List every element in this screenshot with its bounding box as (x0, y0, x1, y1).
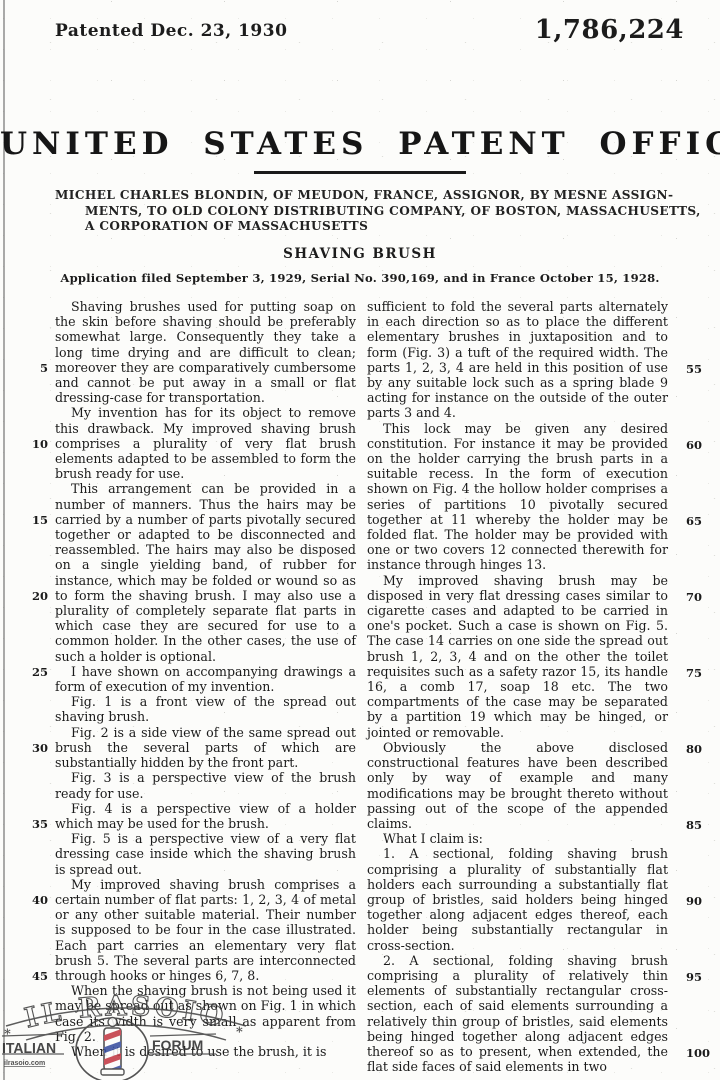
paragraph: Shaving brushes used for putting soap on… (55, 299, 356, 405)
paragraph: Obviously the above disclosed constructi… (367, 740, 668, 831)
line-number: 60 (686, 438, 714, 452)
paragraph: My invention has for its object to remov… (55, 405, 356, 481)
line-number: 10 (22, 437, 48, 451)
line-number: 25 (22, 665, 48, 679)
paragraph: Fig. 3 is a perspective view of the brus… (55, 770, 356, 800)
line-number: 95 (686, 970, 714, 984)
line-number: 40 (22, 893, 48, 907)
assignment-line: MICHEL CHARLES BLONDIN, OF MEUDON, FRANC… (55, 188, 673, 204)
line-number: 90 (686, 894, 714, 908)
line-number: 55 (686, 362, 714, 376)
ribbon-line (2, 1034, 64, 1036)
line-number: 30 (22, 741, 48, 755)
paragraph: Fig. 5 is a perspective view of a very f… (55, 831, 356, 877)
body-column-left: Shaving brushes used for putting soap on… (55, 299, 356, 1059)
line-number: 45 (22, 969, 48, 983)
patent-page: Patented Dec. 23, 1930 1,786,224 UNITED … (0, 0, 720, 1080)
paragraph: I have shown on accompanying drawings a … (55, 664, 356, 694)
line-number: 20 (22, 589, 48, 603)
paragraph: This arrangement can be provided in a nu… (55, 481, 356, 663)
watermark-arc-text: IL RASOIO (22, 992, 230, 1034)
application-info: Application filed September 3, 1929, Ser… (0, 271, 720, 285)
paragraph: 2. A sectional, folding shaving brush co… (367, 953, 668, 1075)
line-number: 100 (686, 1046, 714, 1060)
assignment-line: MENTS, TO OLD COLONY DISTRIBUTING COMPAN… (55, 204, 673, 220)
line-number: 85 (686, 818, 714, 832)
paragraph: What I claim is: (367, 831, 668, 846)
page-title: UNITED STATES PATENT OFFICE (0, 126, 720, 162)
line-number: 65 (686, 514, 714, 528)
paragraph: sufficient to fold the several parts alt… (367, 299, 668, 421)
watermark-logo: IL RASOIO * * ITALIAN FORUM ilrasoio.com (0, 992, 252, 1080)
paragraph: Fig. 2 is a side view of the same spread… (55, 725, 356, 771)
patent-number: 1,786,224 (535, 15, 684, 45)
watermark-site-text: ilrasoio.com (4, 1060, 45, 1067)
line-number: 5 (22, 361, 48, 375)
watermark-forum-text: FORUM (152, 1037, 203, 1053)
line-number: 35 (22, 817, 48, 831)
paragraph: My improved shaving brush comprises a ce… (55, 877, 356, 983)
paragraph: 1. A sectional, folding shaving brush co… (367, 846, 668, 952)
barber-pole-icon (76, 1018, 148, 1080)
patented-date-label: Patented Dec. 23, 1930 (55, 21, 287, 41)
line-number: 75 (686, 666, 714, 680)
asterisk-icon: * (236, 1025, 243, 1040)
title-divider (254, 171, 466, 174)
paragraph: Fig. 4 is a perspective view of a holder… (55, 801, 356, 831)
paragraph: My improved shaving brush may be dispose… (367, 573, 668, 740)
paragraph: This lock may be given any desired const… (367, 421, 668, 573)
line-number: 15 (22, 513, 48, 527)
body-column-right: sufficient to fold the several parts alt… (367, 299, 668, 1074)
assignment-line: A CORPORATION OF MASSACHUSETTS (55, 219, 673, 235)
assignment-block: MICHEL CHARLES BLONDIN, OF MEUDON, FRANC… (55, 188, 673, 235)
paragraph: Fig. 1 is a front view of the spread out… (55, 694, 356, 724)
invention-title: SHAVING BRUSH (0, 246, 720, 262)
scan-edge-artifact (3, 0, 5, 1080)
line-number: 70 (686, 590, 714, 604)
line-number: 80 (686, 742, 714, 756)
